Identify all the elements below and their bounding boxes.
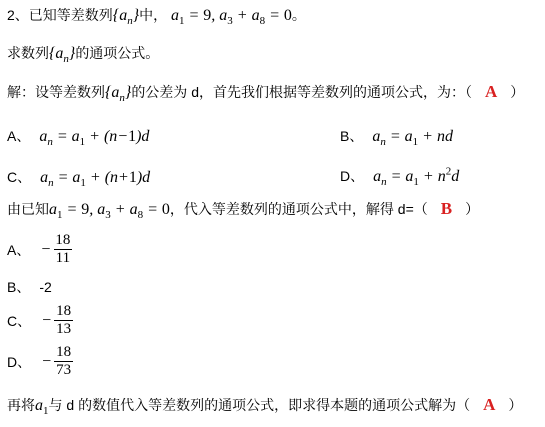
- answer-letter-q2: B: [441, 199, 452, 218]
- option-label: D、: [340, 168, 364, 184]
- option-formula: an = a1 + n2d: [373, 168, 459, 185]
- paren-open: （: [465, 84, 472, 100]
- option-formula: an = a1 + (n−1)d: [39, 128, 149, 145]
- option-q2-a: A、 − 18 11: [7, 232, 72, 267]
- text-segment: 2、已知等差数列: [7, 7, 113, 23]
- fraction: 18 73: [54, 344, 73, 379]
- fraction: 18 13: [54, 303, 73, 338]
- text-segment: 。: [292, 7, 306, 23]
- option-label: B、: [7, 279, 30, 295]
- text-segment: 的通项公式。: [75, 45, 159, 61]
- fraction-numerator: 18: [53, 232, 72, 249]
- answer-letter-q1: A: [485, 82, 497, 101]
- option-formula: an = a1 + (n+1)d: [40, 169, 150, 186]
- option-value: -2: [39, 279, 51, 295]
- option-q2-d: D、 − 18 73: [7, 344, 73, 379]
- fraction: 18 11: [53, 232, 72, 267]
- fraction-numerator: 18: [54, 303, 73, 320]
- option-label: C、: [7, 311, 31, 331]
- given-conditions-math: a1 = 9, a3 + a8 = 0: [171, 7, 292, 24]
- paren-close: ）: [508, 397, 522, 413]
- text-segment: 由已知: [7, 201, 49, 217]
- minus-sign: −: [42, 311, 51, 331]
- answer-letter-q3: A: [483, 395, 495, 414]
- math-worksheet: 2、已知等差数列{an}中， a1 = 9, a3 + a8 = 0。 求数列{…: [0, 0, 545, 427]
- problem-statement-line: 2、已知等差数列{an}中， a1 = 9, a3 + a8 = 0。: [7, 5, 306, 26]
- variable-a1: a1: [35, 397, 49, 414]
- solution-final-line: 再将a1与 d 的数值代入等差数列的通项公式，即求得本题的通项公式解为（A）: [7, 395, 522, 416]
- text-segment: 再将: [7, 397, 35, 413]
- text-segment: 的公差为 d，首先我们根据等差数列的通项公式，为：: [131, 84, 465, 100]
- paren-close: ）: [510, 84, 524, 100]
- text-segment: ，代入等差数列的通项公式中，解得 d=: [170, 201, 414, 217]
- sequence-notation: {an}: [105, 84, 131, 101]
- fraction-numerator: 18: [54, 344, 73, 361]
- text-segment: 与 d 的数值代入等差数列的通项公式，即求得本题的通项公式解为: [49, 397, 457, 413]
- option-q1-c: C、an = a1 + (n+1)d: [7, 167, 150, 188]
- option-formula: an = a1 + nd: [372, 128, 453, 145]
- fraction-denominator: 11: [54, 249, 72, 267]
- option-q1-a: A、an = a1 + (n−1)d: [7, 126, 149, 147]
- solution-step2-line: 由已知a1 = 9, a3 + a8 = 0，代入等差数列的通项公式中，解得 d…: [7, 199, 479, 220]
- option-label: A、: [7, 240, 30, 260]
- sequence-notation: {an}: [49, 45, 75, 62]
- text-segment: 解：设等差数列: [7, 84, 105, 100]
- option-label: B、: [340, 128, 363, 144]
- fraction-denominator: 73: [54, 361, 73, 379]
- fraction-denominator: 13: [54, 320, 73, 338]
- text-segment: 求数列: [7, 45, 49, 61]
- minus-sign: −: [42, 352, 51, 372]
- option-q1-d: D、an = a1 + n2d: [340, 166, 459, 187]
- paren-open: （: [456, 397, 470, 413]
- solution-step1-line: 解：设等差数列{an}的公差为 d，首先我们根据等差数列的通项公式，为：（A）: [7, 82, 524, 103]
- text-segment: 中，: [139, 7, 167, 23]
- question-line: 求数列{an}的通项公式。: [7, 43, 159, 64]
- minus-sign: −: [41, 240, 50, 260]
- given-conditions-math: a1 = 9, a3 + a8 = 0: [49, 201, 170, 218]
- option-label: D、: [7, 352, 31, 372]
- option-q2-b: B、-2: [7, 277, 52, 297]
- option-label: C、: [7, 169, 31, 185]
- option-q2-c: C、 − 18 13: [7, 303, 73, 338]
- option-label: A、: [7, 128, 30, 144]
- paren-open: （: [414, 201, 428, 217]
- option-q1-b: B、an = a1 + nd: [340, 126, 453, 147]
- paren-close: ）: [465, 201, 479, 217]
- sequence-notation: {an}: [113, 7, 139, 24]
